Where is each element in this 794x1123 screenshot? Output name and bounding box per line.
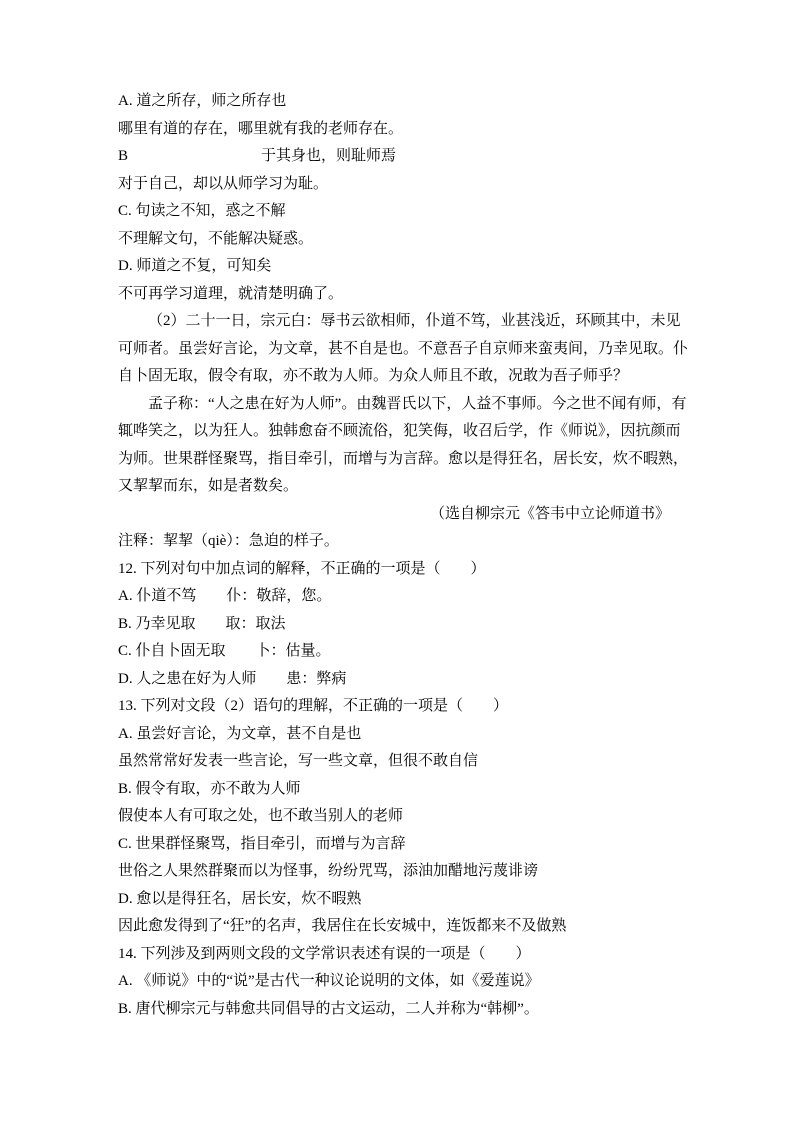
question-14-stem: 14. 下列涉及到两则文段的文学常识表述有误的一项是（ ） xyxy=(118,941,690,969)
option-d-translation: 不可再学习道理，就清楚明确了。 xyxy=(118,281,690,309)
question-14-option-b: B. 唐代柳宗元与韩愈共同倡导的古文运动，二人并称为“韩柳”。 xyxy=(118,996,690,1024)
option-b-translation: 对于自己，却以从师学习为耻。 xyxy=(118,171,690,199)
question-13-option-a-translation: 虽然常常好发表一些言论，写一些文章，但很不敢自信 xyxy=(118,748,690,776)
document-body: A. 道之所存，师之所存也 哪里有道的存在，哪里就有我的老师存在。 B于其身也，… xyxy=(0,0,794,1023)
option-b-letter: B xyxy=(118,148,128,164)
question-13-option-b: B. 假令有取，亦不敢为人师 xyxy=(118,776,690,804)
passage-paragraph-1: （2）二十一日，宗元白：辱书云欲相师，仆道不笃，业甚浅近，环顾其中，未见可师者。… xyxy=(118,308,690,391)
question-12-option-d: D. 人之患在好为人师 患：弊病 xyxy=(118,666,690,694)
question-12-stem: 12. 下列对句中加点词的解释，不正确的一项是（ ） xyxy=(118,556,690,584)
option-c-translation: 不理解文句，不能解决疑惑。 xyxy=(118,226,690,254)
document-page: A. 道之所存，师之所存也 哪里有道的存在，哪里就有我的老师存在。 B于其身也，… xyxy=(0,0,794,1123)
question-13-option-c: C. 世果群怪聚骂，指目牵引，而增与为言辞 xyxy=(118,831,690,859)
option-b-line: B于其身也，则耻师焉 xyxy=(118,143,690,171)
passage-paragraph-2: 孟子称：“人之患在好为人师”。由魏晋氏以下，人益不事师。今之世不闻有师，有辄哗笑… xyxy=(118,391,690,501)
passage-source: （选自柳宗元《答韦中立论师道书》 xyxy=(118,501,690,529)
option-a-text: A. 道之所存，师之所存也 xyxy=(118,88,690,116)
question-13-option-b-translation: 假使本人有可取之处，也不敢当别人的老师 xyxy=(118,803,690,831)
option-a-translation: 哪里有道的存在，哪里就有我的老师存在。 xyxy=(118,116,690,144)
option-d-text: D. 师道之不复，可知矣 xyxy=(118,253,690,281)
question-12-option-a: A. 仆道不笃 仆：敬辞，您。 xyxy=(118,583,690,611)
question-13-option-d: D. 愈以是得狂名，居长安，炊不暇熟 xyxy=(118,886,690,914)
question-13-option-c-translation: 世俗之人果然群聚而以为怪事，纷纷咒骂，添油加醋地污蔑诽谤 xyxy=(118,858,690,886)
question-12-option-b: B. 乃幸见取 取：取法 xyxy=(118,611,690,639)
question-14-option-a: A. 《师说》中的“说”是古代一种议论说明的文体，如《爱莲说》 xyxy=(118,968,690,996)
question-13-stem: 13. 下列对文段（2）语句的理解，不正确的一项是（ ） xyxy=(118,693,690,721)
option-c-text: C. 句读之不知，惑之不解 xyxy=(118,198,690,226)
question-13-option-a: A. 虽尝好言论，为文章，甚不自是也 xyxy=(118,721,690,749)
question-12-option-c: C. 仆自卜固无取 卜：估量。 xyxy=(118,638,690,666)
option-b-phrase: 于其身也，则耻师焉 xyxy=(261,148,396,164)
passage-note: 注释：挈挈（qiè）：急迫的样子。 xyxy=(118,528,690,556)
question-13-option-d-translation: 因此愈发得到了“狂”的名声，我居住在长安城中，连饭都来不及做熟 xyxy=(118,913,690,941)
